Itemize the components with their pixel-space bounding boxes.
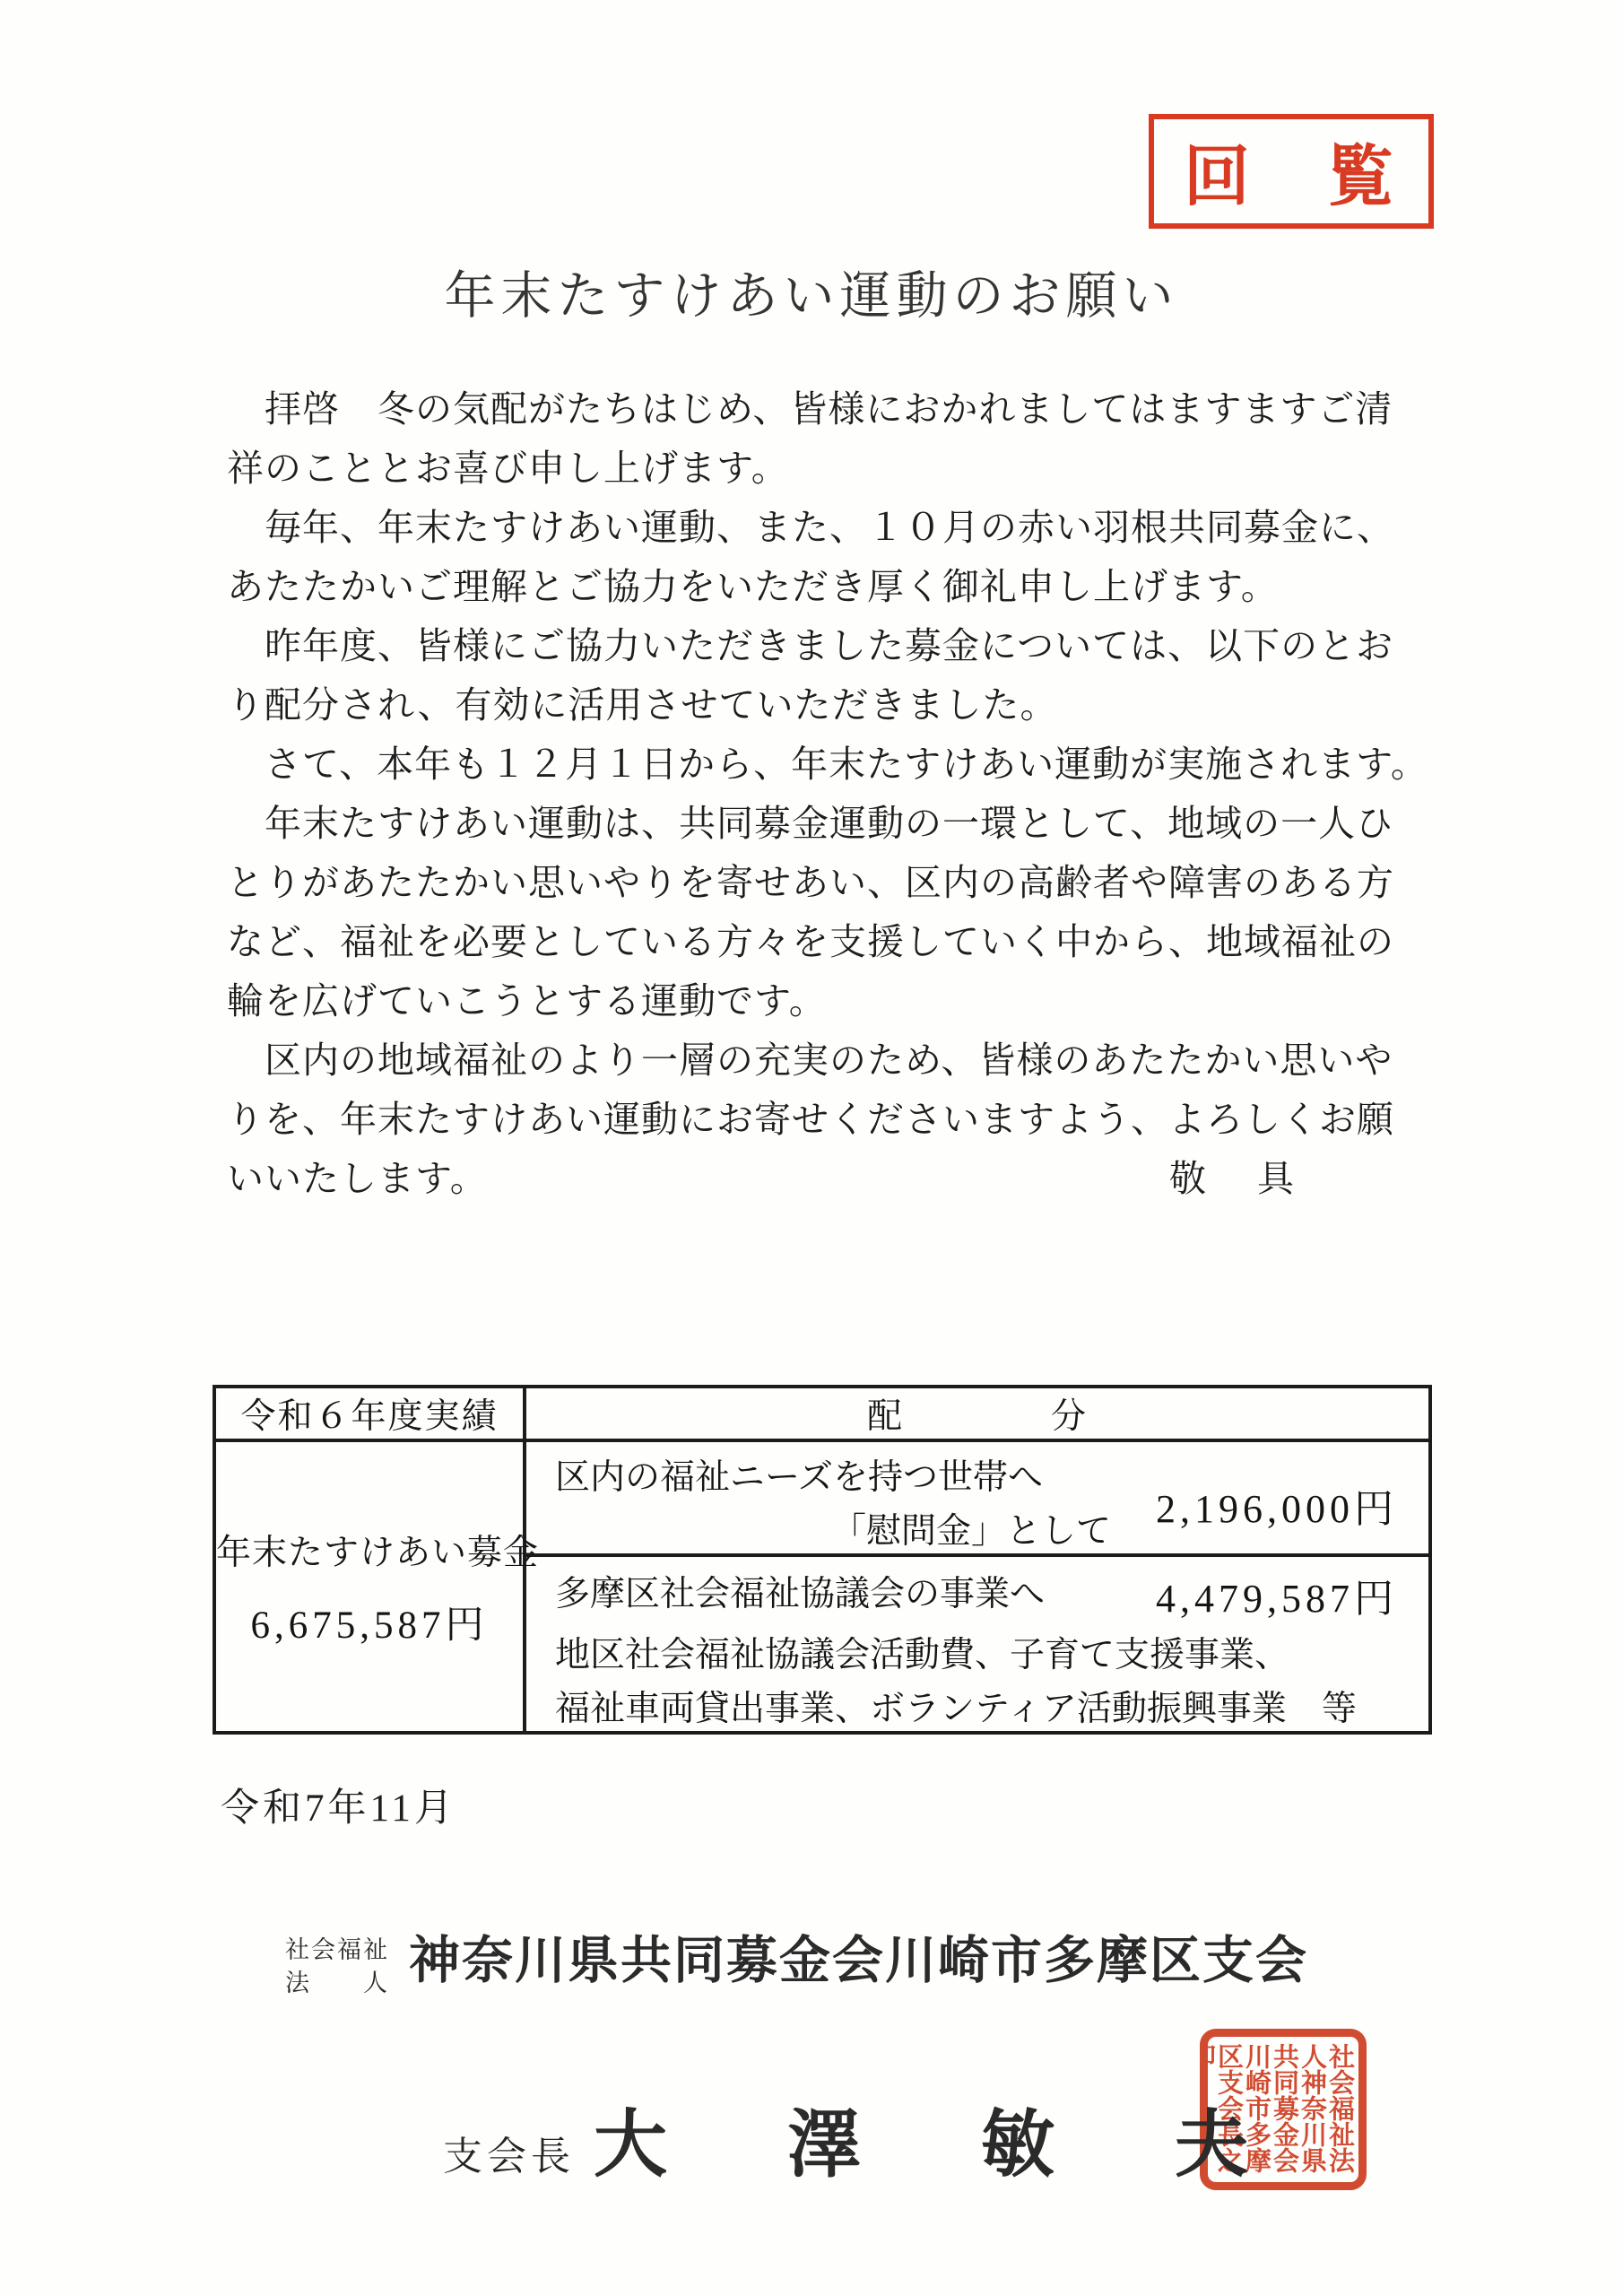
body-line: 年末たすけあい運動は、共同募金運動の一環として、地域の一人ひ [227, 794, 1389, 853]
allocation-table: 令和６年度実績 配 分 年末たすけあい募金 6,675,587円 区内の福祉ニー… [213, 1385, 1432, 1735]
body-line: とりがあたたかい思いやりを寄せあい、区内の高齢者や障害のある方 [227, 853, 1389, 912]
allocation-cell-consolation: 区内の福祉ニーズを持つ世帯へ 「慰問金」として 2,196,000円 [525, 1440, 1430, 1555]
body-line: 毎年、年末たすけあい運動、また、１０月の赤い羽根共同募金に、 [227, 498, 1389, 557]
letter-body: 拝啓 冬の気配がたちはじめ、皆様におかれましてはますますご清 祥のこととお喜び申… [227, 379, 1389, 1208]
organization-type-line: 社会福祉 [285, 1934, 389, 1967]
allocation-line: 多摩区社会福祉協議会の事業へ [555, 1566, 1045, 1623]
organization-line: 社会福祉 法 人 神奈川県共同募金会川崎市多摩区支会 [285, 1919, 1308, 2000]
allocation-cell-council: 多摩区社会福祉協議会の事業へ 4,479,587円 地区社会福祉協議会活動費、子… [525, 1555, 1430, 1733]
page-title: 年末たすけあい運動のお願い [0, 255, 1623, 328]
allocation-line: 地区社会福祉協議会活動費、子育て支援事業、 [555, 1627, 1428, 1677]
table-header-row: 令和６年度実績 配 分 [214, 1387, 1430, 1440]
organization-type-line: 法 人 [285, 1967, 389, 2000]
body-line: いいたします。 [227, 1149, 488, 1208]
allocation-amount: 4,479,587円 [1156, 1566, 1398, 1623]
circulation-stamp-text: 回 覧 [1184, 124, 1399, 219]
body-line: りを、年末たすけあい運動にお寄せくださいますよう、よろしくお願 [227, 1090, 1389, 1149]
closing-salutation: 敬 具 [1169, 1149, 1301, 1208]
allocation-line-with-amount: 多摩区社会福祉協議会の事業へ 4,479,587円 [555, 1566, 1428, 1623]
body-line: 祥のこととお喜び申し上げます。 [227, 439, 1389, 498]
body-line: 区内の地域福祉のより一層の充実のため、皆様のあたたかい思いや [227, 1031, 1389, 1090]
donation-name: 年末たすけあい募金 [216, 1525, 523, 1575]
donation-total-amount: 6,675,587円 [216, 1595, 523, 1649]
donation-total-cell: 年末たすけあい募金 6,675,587円 [214, 1440, 525, 1733]
body-line: あたたかいご理解とご協力をいただき厚く御礼申し上げます。 [227, 557, 1389, 616]
allocation-amount: 2,196,000円 [1156, 1476, 1398, 1534]
body-line: り配分され、有効に活用させていただきました。 [227, 675, 1389, 735]
signer-name: 大 澤 敏 夫 [594, 2086, 1271, 2191]
organization-name: 神奈川県共同募金会川崎市多摩区支会 [409, 1919, 1308, 1993]
document-page: 回 覧 年末たすけあい運動のお願い 拝啓 冬の気配がたちはじめ、皆様におかれまし… [0, 0, 1623, 2296]
circulation-stamp: 回 覧 [1149, 114, 1434, 229]
body-line: さて、本年も１２月１日から、年末たすけあい運動が実施されます。 [227, 735, 1389, 794]
header-fiscal-results: 令和６年度実績 [214, 1387, 525, 1440]
body-line: 昨年度、皆様にご協力いただきました募金については、以下のとお [227, 616, 1389, 675]
body-line: 輪を広げていこうとする運動です。 [227, 971, 1389, 1031]
header-allocation: 配 分 [525, 1387, 1430, 1440]
allocation-line: 福祉車両貸出事業、ボランティア活動振興事業 等 [555, 1681, 1428, 1731]
table-row: 年末たすけあい募金 6,675,587円 区内の福祉ニーズを持つ世帯へ 「慰問金… [214, 1440, 1430, 1555]
body-closing-line: いいたします。 敬 具 [227, 1149, 1389, 1208]
body-line: 拝啓 冬の気配がたちはじめ、皆様におかれましてはますますご清 [227, 379, 1389, 439]
body-line: など、福祉を必要としている方々を支援していく中から、地域福祉の [227, 912, 1389, 971]
signer-title: 支会長 [443, 2124, 575, 2181]
document-date: 令和7年11月 [221, 1778, 456, 1832]
organization-type: 社会福祉 法 人 [285, 1934, 389, 2000]
